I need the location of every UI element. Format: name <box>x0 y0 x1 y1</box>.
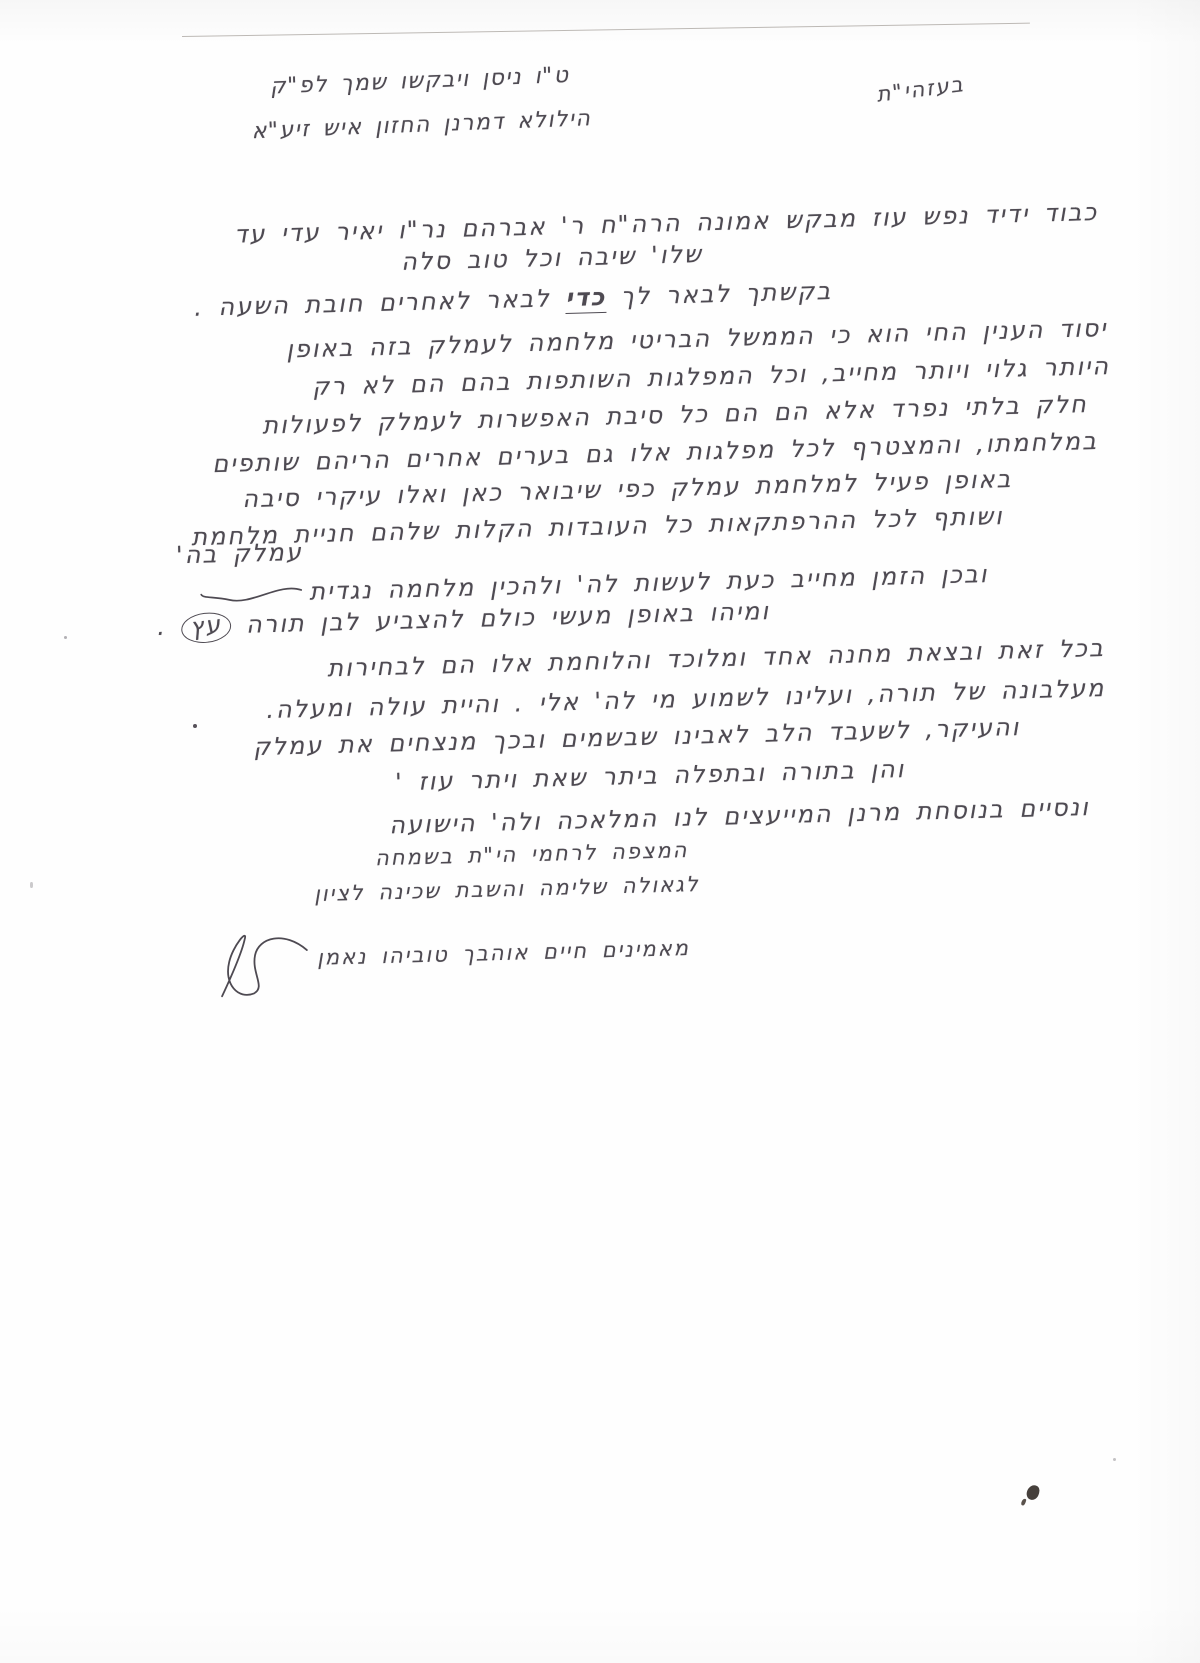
signature-line: המצפה לרחמי הי"ת בשמחה <box>374 838 688 870</box>
letter-line-text: ובכן הזמן מחייב כעת לעשות לה' ולהכין מלח… <box>309 560 989 606</box>
letter-line: ונסיים בנוסחת מרנן המייעצים לנו המלאכה ו… <box>389 793 1090 839</box>
ink-speck <box>1113 1458 1116 1461</box>
signature-line-with-paraph: מאמינים חיים אוהבך טוביהו נאמן <box>214 910 691 1000</box>
letter-line-short: עמלק בה' <box>176 538 303 569</box>
underlined-word: כדי <box>565 283 607 314</box>
corner-blessing: בעזהי"ת <box>875 72 966 107</box>
request-after: לבאר לאחרים חובת השעה . <box>194 284 566 322</box>
letter-line-request: בקשתך לבאר לך כדי לבאר לאחרים חובת השעה … <box>194 277 833 322</box>
ink-blot <box>1025 1484 1041 1502</box>
letter-line: בכל זאת ובצאת מחנה אחד ומלוכד והלוחמת אל… <box>327 634 1105 682</box>
letter-line: והן בתורה ובתפלה ביתר שאת ויתר עוז ' <box>395 755 906 796</box>
ink-speck <box>193 724 197 728</box>
signature-line-text: מאמינים חיים אוהבך טוביהו נאמן <box>317 936 691 970</box>
circled-ballot-mark: עץ <box>180 610 233 646</box>
ink-speck <box>64 636 67 639</box>
signature-paraph <box>214 920 312 1000</box>
scanned-letter-page: בעזהי"ת ט"ו ניסן ויבקשו שמך לפ"ק הילולא … <box>0 0 1200 1663</box>
signature-line: לגאולה שלימה והשבת שכינה לציון <box>314 872 700 906</box>
scan-page-edge-line <box>182 23 1030 37</box>
vote-after: . <box>157 612 182 641</box>
ink-speck <box>30 882 33 888</box>
flourish-stroke <box>199 580 304 609</box>
salutation-line: שלו' שיבה וכל טוב סלה <box>401 240 704 276</box>
request-before: בקשתך לבאר לך <box>606 277 833 311</box>
letter-header: ט"ו ניסן ויבקשו שמך לפ"ק הילולא דמרנן הח… <box>167 50 675 157</box>
